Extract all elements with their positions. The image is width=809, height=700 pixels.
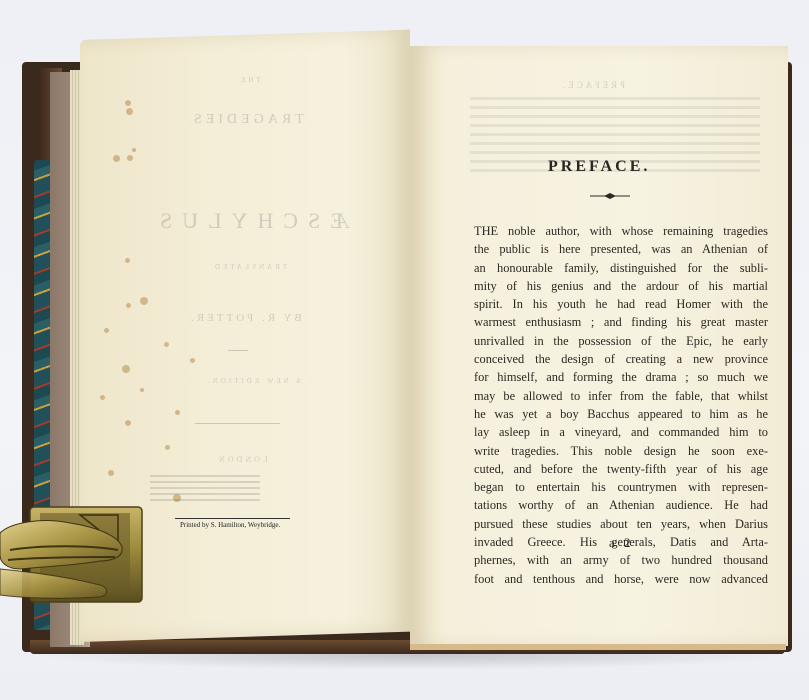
text-line: foot and tenthous and horse, were now ad…: [474, 570, 768, 588]
ghost-rule-1: [228, 350, 248, 351]
text-line: for himself, and forming the drama ; so …: [474, 368, 768, 386]
text-line: pursued these studies about ten years, w…: [474, 515, 768, 533]
text-line: mity of his genius and the ardour of his…: [474, 277, 768, 295]
ghost-edition: A NEW EDITION.: [205, 377, 301, 385]
text-line: may be allowed to infer from the fable, …: [474, 387, 768, 405]
text-line: warmest enthusiasm ; and finding his gre…: [474, 313, 768, 331]
text-line: cuted, and before the twenty-fifth year …: [474, 460, 768, 478]
ghost-lines: [150, 475, 260, 503]
text-line: conceived the design of creating a new p…: [474, 350, 768, 368]
text-line: the public is here presented, was an Ath…: [474, 240, 768, 258]
ghost-preface-header: PREFACE.: [560, 80, 625, 90]
text-line: began to entertain his countrymen with r…: [474, 478, 768, 496]
text-line: write tragedies. This noble design he so…: [474, 442, 768, 460]
ornament-icon: [590, 192, 630, 200]
printer-imprint: Printed by S. Hamilton, Weybridge.: [180, 521, 280, 529]
ghost-aeschylus: ÆSCHYLUS: [150, 208, 350, 234]
brass-hand-clip-icon: [0, 505, 143, 605]
ghost-rule-2: [195, 423, 280, 424]
text-line: unrivalled in the possession of the Epic…: [474, 332, 768, 350]
ghost-translated: TRANSLATED: [212, 263, 287, 271]
text-line: tations worthy of an Athenian audience. …: [474, 496, 768, 514]
text-line: he was yet a boy Bacchus appeared to him…: [474, 405, 768, 423]
ghost-tragedies: TRAGEDIES: [190, 112, 304, 128]
text-line: spirit. In his youth he had read Homer w…: [474, 295, 768, 313]
imprint-rule: [175, 518, 290, 519]
text-line: lay asleep in a vineyard, and commanded …: [474, 423, 768, 441]
preface-body: THE noble author, with whose remaining t…: [474, 222, 768, 588]
ghost-the: THE: [238, 76, 261, 84]
text-line: an honourable family, distinguished for …: [474, 259, 768, 277]
text-line: THE noble author, with whose remaining t…: [474, 222, 768, 240]
text-line: phernes, with an army of two hundred tho…: [474, 551, 768, 569]
preface-heading: PREFACE.: [548, 158, 650, 176]
ghost-london: LONDON: [216, 455, 268, 464]
page-bottom-edge: [410, 644, 786, 650]
ghost-by-potter: BY R. POTTER.: [188, 312, 302, 324]
signature-mark: a 2: [609, 535, 634, 551]
